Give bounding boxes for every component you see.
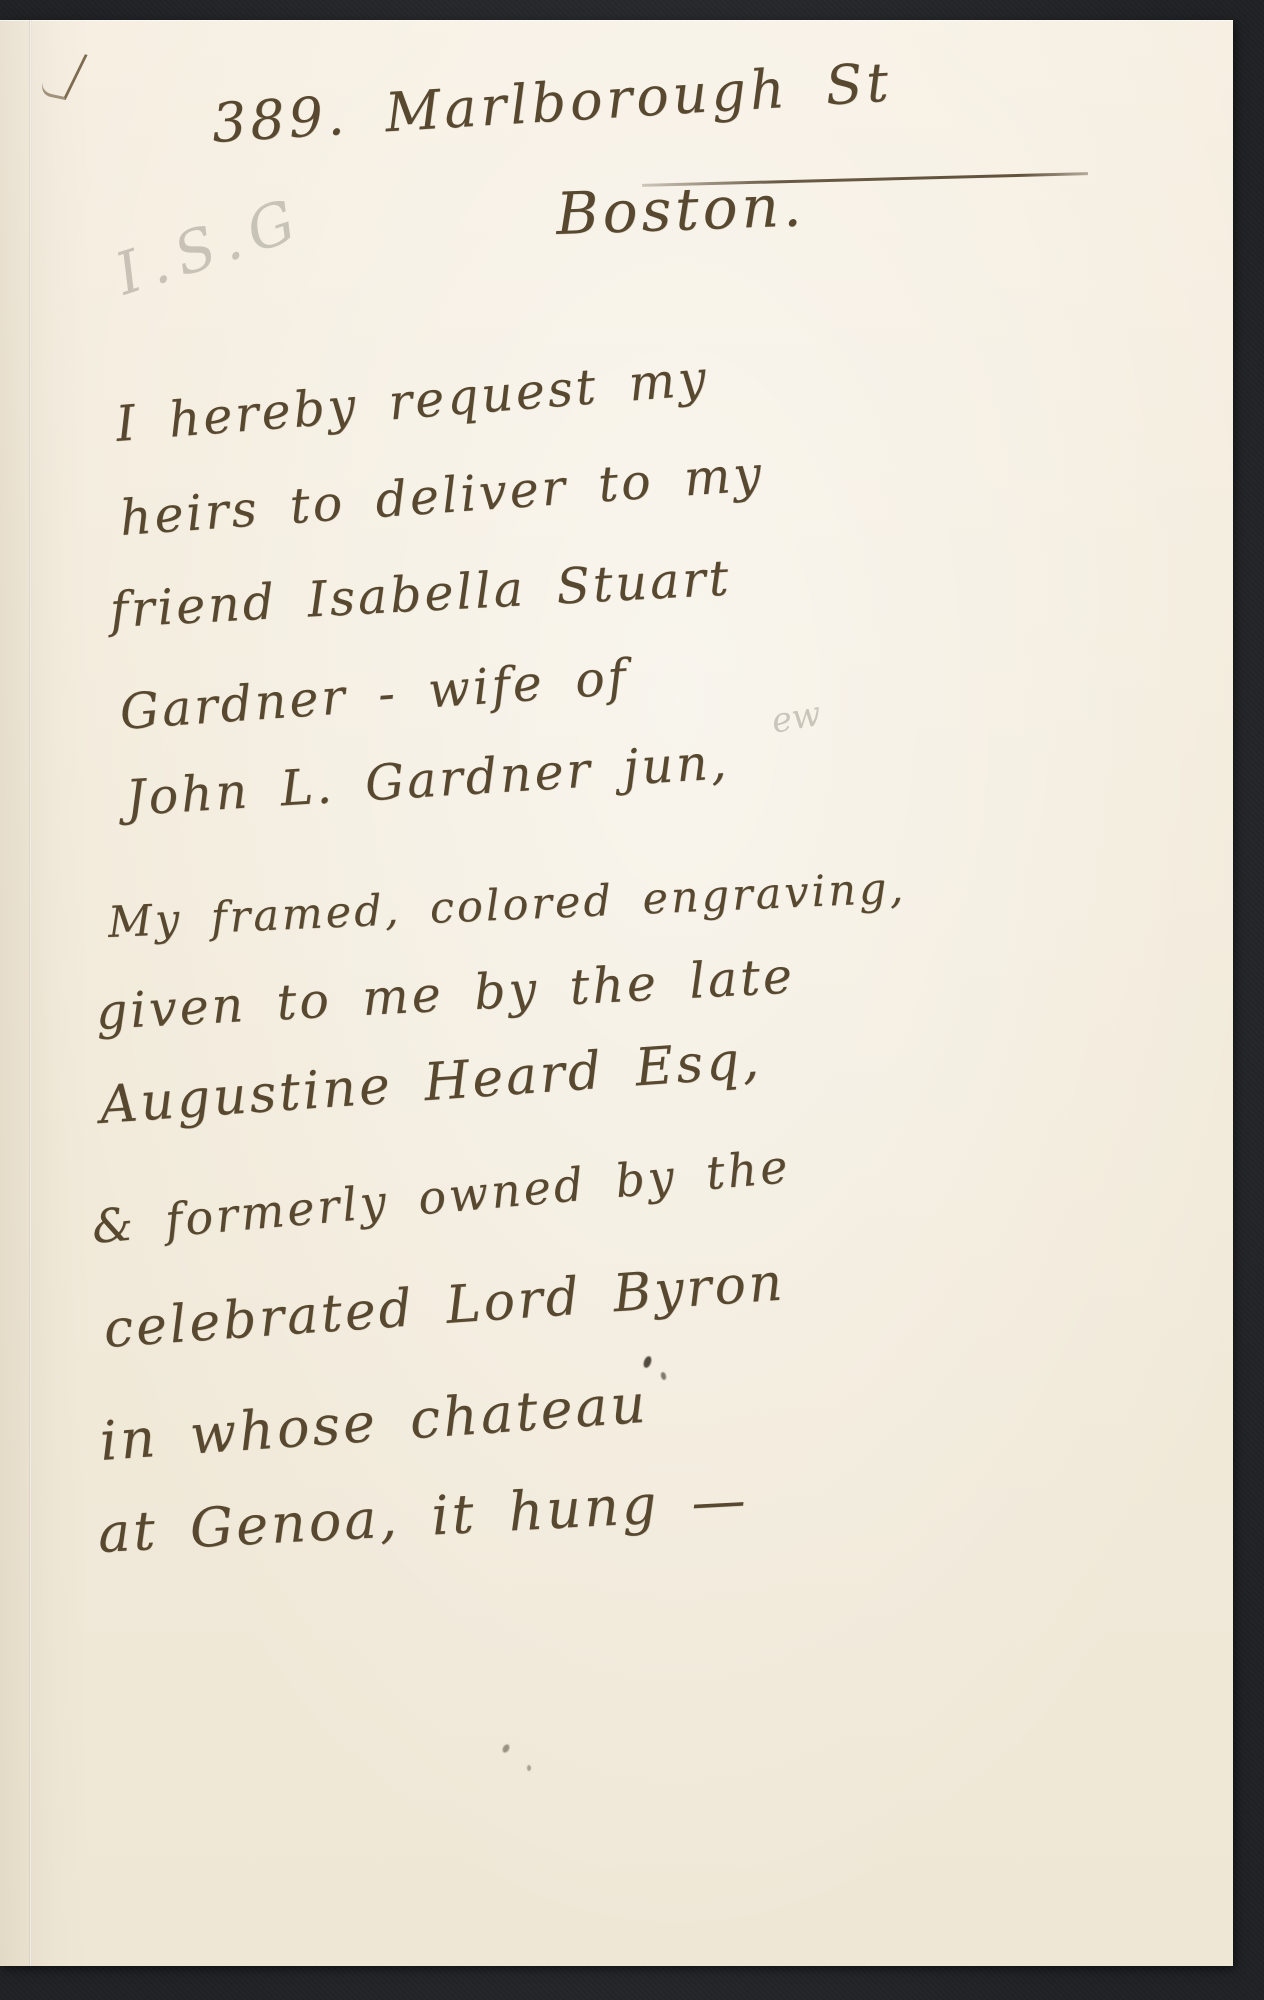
letter-page: I.S.G 389. Marlborough St Boston. ew I h…: [0, 20, 1233, 1966]
letter-line: heirs to deliver to my: [118, 445, 766, 547]
letter-line: friend Isabella Stuart: [109, 549, 733, 638]
ink-smudge: [501, 1743, 511, 1754]
letter-line: given to me by the late: [95, 947, 797, 1041]
letter-line: & formerly owned by the: [90, 1139, 793, 1254]
ink-smudge: [660, 1371, 667, 1380]
pencil-correction: ew: [769, 694, 824, 742]
letter-line: celebrated Lord Byron: [102, 1252, 787, 1359]
address-line: 389. Marlborough St: [210, 50, 894, 154]
ink-smudge: [642, 1355, 653, 1369]
paper-fold-crease: [29, 20, 32, 1966]
letter-line: in whose chateau: [98, 1372, 650, 1473]
letter-line: at Genoa, it hung —: [96, 1468, 750, 1565]
letter-line: Augustine Heard Esq,: [98, 1030, 764, 1136]
city-line: Boston.: [555, 171, 807, 248]
ink-smudge: [527, 1765, 531, 1771]
letter-line: Gardner - wife of: [118, 649, 631, 741]
letter-line: I hereby request my: [114, 349, 711, 452]
letter-line: My framed, colored engraving,: [107, 863, 907, 948]
ink-checkmark: [37, 49, 88, 100]
letter-line: John L. Gardner jun,: [124, 733, 730, 827]
pencil-initials: I.S.G: [107, 184, 312, 309]
photo-backdrop: I.S.G 389. Marlborough St Boston. ew I h…: [0, 0, 1264, 2000]
